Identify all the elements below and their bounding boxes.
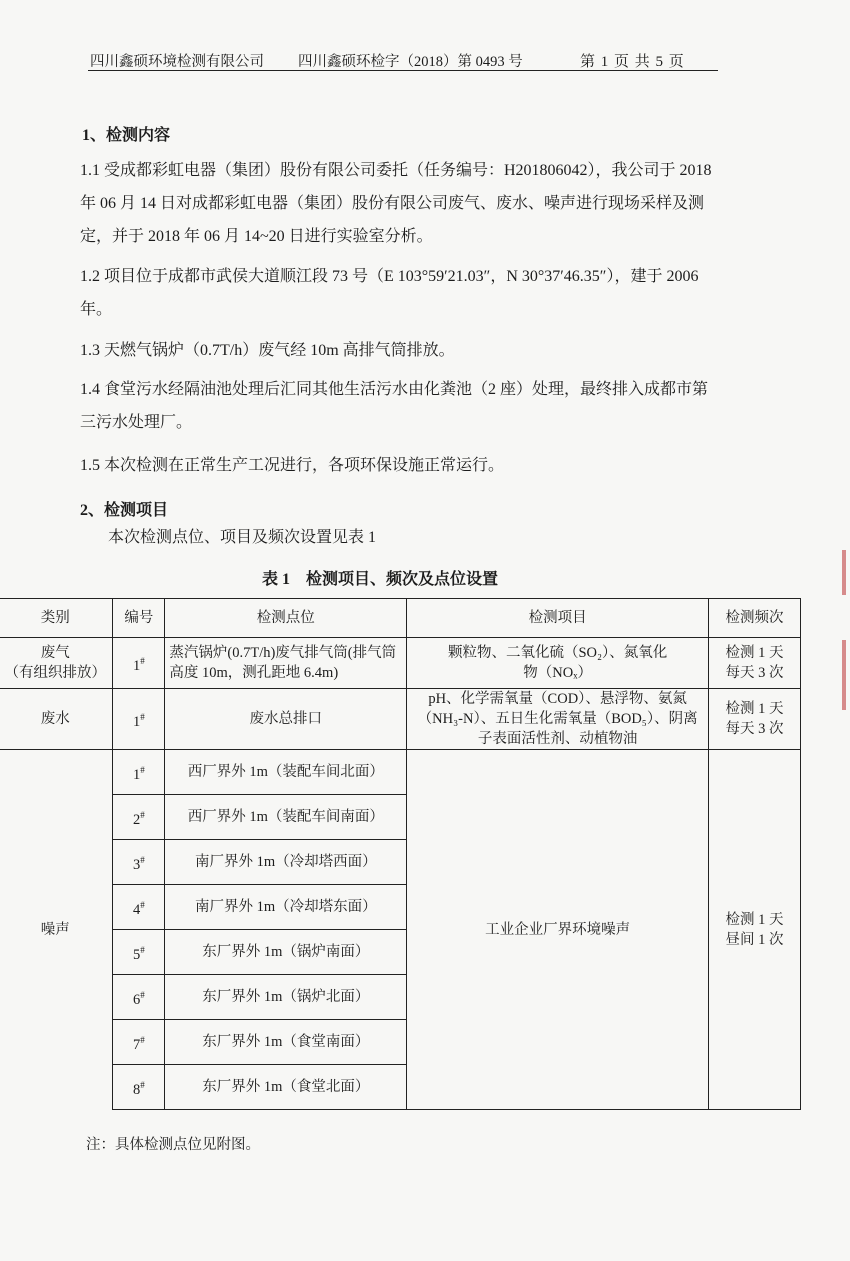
hash-suffix: #	[140, 900, 145, 910]
seal-edge-mark	[842, 550, 846, 595]
water-freq-days: 检测 1 天	[713, 699, 796, 719]
table-header-row: 类别 编号 检测点位 检测项目 检测频次	[0, 599, 801, 638]
seal-edge-mark	[842, 640, 846, 710]
gas-items: 颗粒物、二氧化硫（SO₂）、氮氧化物（NOₓ）	[407, 638, 709, 689]
section-2-intro: 本次检测点位、项目及频次设置见表 1	[108, 521, 748, 554]
paragraph-1-2: 1.2 项目位于成都市武侯大道顺江段 73 号（E 103°59′21.03″，…	[80, 260, 720, 326]
noise-location: 南厂界外 1m（冷却塔东面）	[165, 885, 407, 930]
hash-suffix: #	[140, 945, 145, 955]
noise-number: 5#	[113, 930, 165, 975]
gas-category-label: 废气	[2, 643, 108, 663]
gas-freq-days: 检测 1 天	[713, 643, 796, 663]
detection-table: 类别 编号 检测点位 检测项目 检测频次 废气 （有组织排放） 1# 蒸汽锅炉(…	[0, 598, 801, 1110]
gas-freq-times: 每天 3 次	[713, 663, 796, 683]
paragraph-1-1: 1.1 受成都彩虹电器（集团）股份有限公司委托（任务编号：H201806042）…	[80, 154, 720, 253]
hash-suffix: #	[140, 810, 145, 820]
paragraph-1-4: 1.4 食堂污水经隔油池处理后汇同其他生活污水由化粪池（2 座）处理，最终排入成…	[80, 373, 720, 439]
noise-number: 6#	[113, 975, 165, 1020]
noise-number: 2#	[113, 795, 165, 840]
gas-location: 蒸汽锅炉(0.7T/h)废气排气筒(排气筒高度 10m，测孔距地 6.4m)	[165, 638, 407, 689]
hash-suffix: #	[140, 855, 145, 865]
noise-location: 西厂界外 1m（装配车间南面）	[165, 795, 407, 840]
document-page: 四川鑫硕环境检测有限公司 四川鑫硕环检字（2018）第 0493 号 第 1 页…	[0, 0, 850, 1261]
noise-freq-days: 检测 1 天	[713, 910, 796, 930]
noise-number: 4#	[113, 885, 165, 930]
section-1-title: 1、检测内容	[82, 122, 170, 145]
table-row-water: 废水 1# 废水总排口 pH、化学需氧量（COD）、悬浮物、氨氮（NH₃-N）、…	[0, 689, 801, 750]
header-category: 类别	[0, 599, 113, 638]
gas-frequency: 检测 1 天 每天 3 次	[709, 638, 801, 689]
noise-location: 南厂界外 1m（冷却塔西面）	[165, 840, 407, 885]
table-caption: 表 1 检测项目、频次及点位设置	[262, 566, 498, 589]
water-items: pH、化学需氧量（COD）、悬浮物、氨氮（NH₃-N）、五日生化需氧量（BOD₅…	[407, 689, 709, 750]
noise-number: 1#	[113, 750, 165, 795]
noise-location: 东厂界外 1m（锅炉北面）	[165, 975, 407, 1020]
company-name: 四川鑫硕环境检测有限公司	[90, 50, 264, 71]
hash-suffix: #	[140, 1035, 145, 1045]
header-location: 检测点位	[165, 599, 407, 638]
noise-location: 东厂界外 1m（食堂南面）	[165, 1020, 407, 1065]
table-note: 注：具体检测点位见附图。	[86, 1133, 260, 1154]
header-number: 编号	[113, 599, 165, 638]
table-row-gas: 废气 （有组织排放） 1# 蒸汽锅炉(0.7T/h)废气排气筒(排气筒高度 10…	[0, 638, 801, 689]
header-items: 检测项目	[407, 599, 709, 638]
gas-number: 1#	[113, 638, 165, 689]
noise-items: 工业企业厂界环境噪声	[407, 750, 709, 1110]
hash-suffix: #	[140, 990, 145, 1000]
page-header: 四川鑫硕环境检测有限公司 四川鑫硕环检字（2018）第 0493 号 第 1 页…	[88, 48, 718, 71]
noise-number: 3#	[113, 840, 165, 885]
noise-location: 东厂界外 1m（锅炉南面）	[165, 930, 407, 975]
gas-category: 废气 （有组织排放）	[0, 638, 113, 689]
water-category: 废水	[0, 689, 113, 750]
section-2-title: 2、检测项目	[80, 497, 168, 520]
page-number: 第 1 页 共 5 页	[580, 50, 685, 71]
gas-category-sub: （有组织排放）	[2, 663, 108, 683]
water-frequency: 检测 1 天 每天 3 次	[709, 689, 801, 750]
water-number: 1#	[113, 689, 165, 750]
noise-location: 西厂界外 1m（装配车间北面）	[165, 750, 407, 795]
hash-suffix: #	[140, 765, 145, 775]
hash-suffix: #	[140, 656, 145, 666]
hash-suffix: #	[140, 712, 145, 722]
report-code: 四川鑫硕环检字（2018）第 0493 号	[298, 50, 523, 71]
noise-category: 噪声	[0, 750, 113, 1110]
noise-number: 8#	[113, 1065, 165, 1110]
noise-number: 7#	[113, 1020, 165, 1065]
paragraph-1-3: 1.3 天燃气锅炉（0.7T/h）废气经 10m 高排气筒排放。	[80, 334, 720, 367]
paragraph-1-5: 1.5 本次检测在正常生产工况进行，各项环保设施正常运行。	[80, 449, 720, 482]
hash-suffix: #	[140, 1080, 145, 1090]
noise-location: 东厂界外 1m（食堂北面）	[165, 1065, 407, 1110]
header-frequency: 检测频次	[709, 599, 801, 638]
water-freq-times: 每天 3 次	[713, 719, 796, 739]
water-location: 废水总排口	[165, 689, 407, 750]
table-row-noise: 噪声 1# 西厂界外 1m（装配车间北面） 工业企业厂界环境噪声 检测 1 天 …	[0, 750, 801, 795]
noise-frequency: 检测 1 天 昼间 1 次	[709, 750, 801, 1110]
noise-freq-times: 昼间 1 次	[713, 930, 796, 950]
